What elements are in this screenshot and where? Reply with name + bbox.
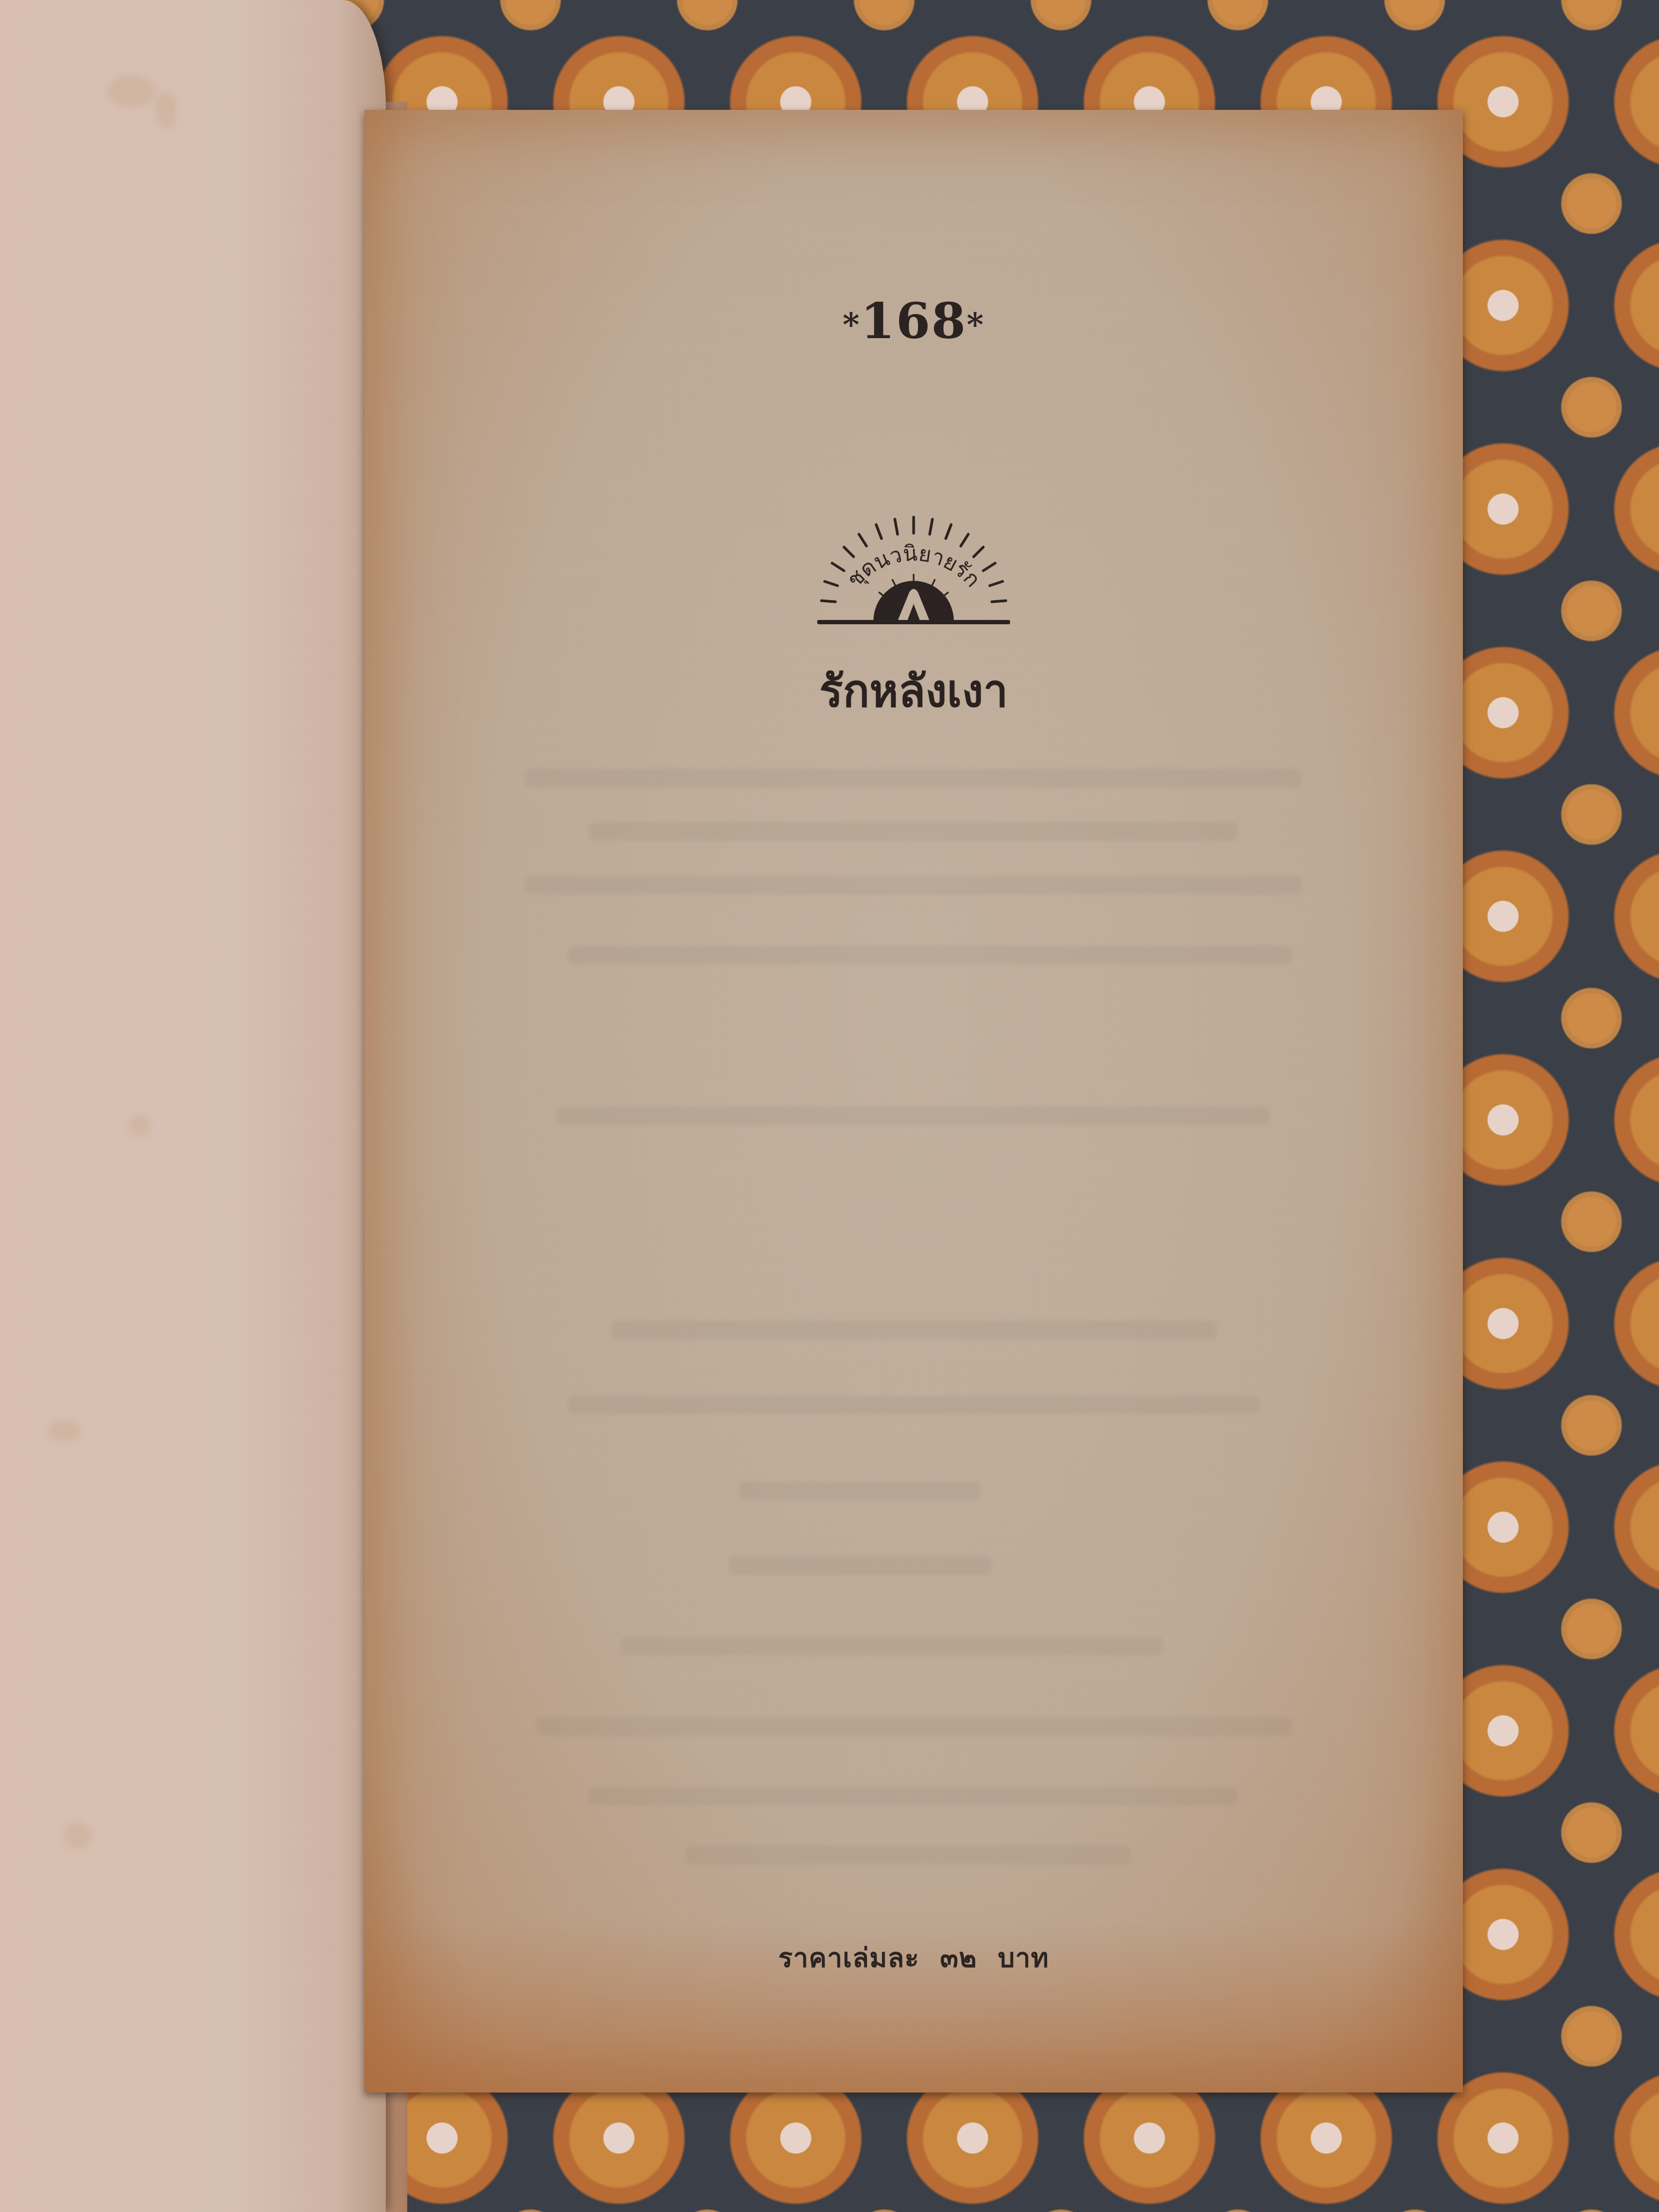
showthrough-line [686,1846,1131,1864]
left-facing-page [0,0,386,2212]
showthrough-line [536,1717,1291,1736]
series-number-value: 168 [861,292,967,350]
series-number: *168* [364,292,1463,350]
asterisk-icon: * [967,307,984,344]
title-page: *168* [364,110,1463,2093]
paper-stain [129,1115,150,1136]
showthrough-line [589,823,1238,841]
showthrough-line [568,1396,1259,1414]
showthrough-line [729,1557,991,1575]
showthrough-line [557,1107,1270,1125]
showthrough-line [568,946,1291,964]
paper-stain [48,1420,80,1441]
paper-stain [155,91,177,129]
showthrough-line [622,1637,1163,1655]
price-label: ราคาเล่มละ [778,1942,920,1974]
price-line: ราคาเล่มละ ๓๒ บาท [364,1937,1463,1979]
price-amount: ๓๒ [940,1942,977,1974]
showthrough-line [525,876,1302,894]
showthrough-line [525,769,1302,787]
book-title: รักหลังเงา [364,656,1463,726]
showthrough-line [739,1482,981,1500]
showthrough-line [589,1787,1238,1805]
paper-stain [64,1822,91,1849]
showthrough-line [611,1321,1216,1339]
rising-sun-logo: ชุดนวนิยายรัก [806,506,1021,635]
price-currency: บาท [998,1942,1049,1974]
rising-sun-icon: ชุดนวนิยายรัก [806,506,1021,635]
paper-stain [107,75,155,107]
asterisk-icon: * [843,307,861,344]
